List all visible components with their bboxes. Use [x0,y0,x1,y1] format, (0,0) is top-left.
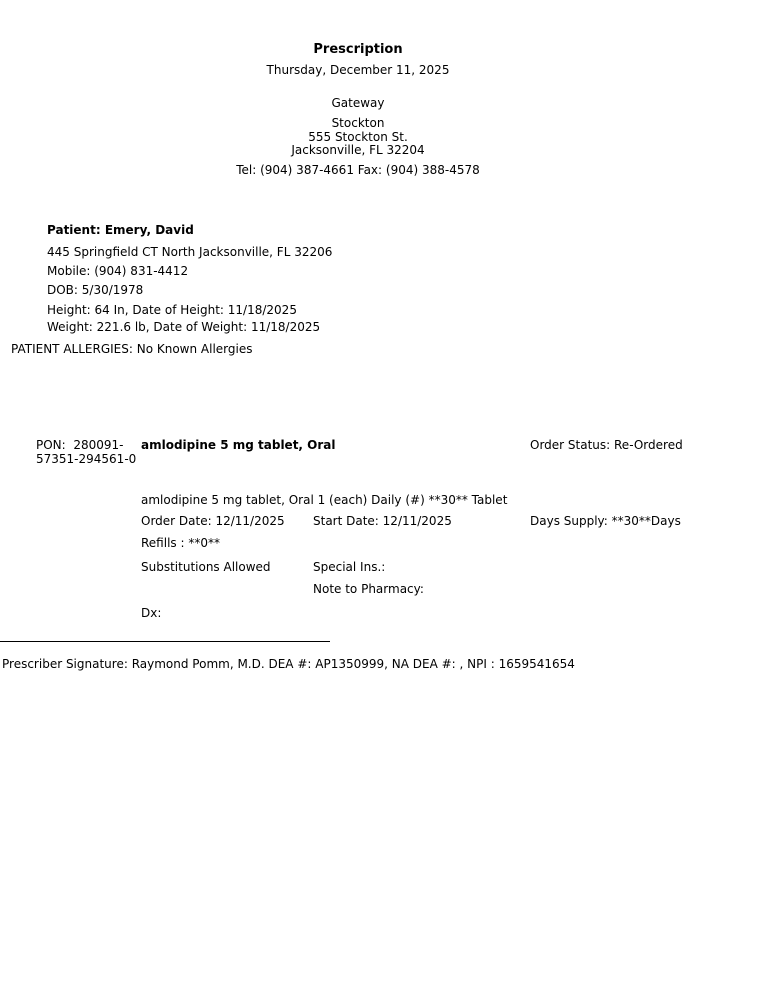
patient-mobile: Mobile: (904) 831-4412 [47,264,188,278]
page-title: Prescription [0,43,716,57]
order-date: Order Date: 12/11/2025 [141,514,285,528]
prescriber-signature: Prescriber Signature: Raymond Pomm, M.D.… [2,657,575,671]
order-sig: amlodipine 5 mg tablet, Oral 1 (each) Da… [141,493,507,507]
order-pon: PON: 280091-57351-294561-0 [36,438,144,466]
patient-height: Height: 64 In, Date of Height: 11/18/202… [47,303,297,317]
facility-organization: Gateway [0,96,716,110]
order-special-instructions: Special Ins.: [313,560,385,574]
order-days-supply: Days Supply: **30**Days [530,514,681,528]
order-status: Order Status: Re-Ordered [530,438,683,452]
order-note-to-pharmacy: Note to Pharmacy: [313,582,424,596]
report-date: Thursday, December 11, 2025 [0,63,716,77]
facility-site: Stockton [0,116,716,130]
order-drug-title: amlodipine 5 mg tablet, Oral [141,438,336,452]
patient-dob: DOB: 5/30/1978 [47,283,143,297]
order-start-date: Start Date: 12/11/2025 [313,514,452,528]
order-dx: Dx: [141,606,161,620]
facility-address-street: 555 Stockton St. [0,130,716,144]
signature-line [0,641,330,642]
patient-allergies: PATIENT ALLERGIES: No Known Allergies [11,342,252,356]
patient-address: 445 Springfield CT North Jacksonville, F… [47,245,332,259]
patient-weight: Weight: 221.6 lb, Date of Weight: 11/18/… [47,320,320,334]
order-substitutions: Substitutions Allowed [141,560,271,574]
patient-name: Patient: Emery, David [47,223,194,237]
order-refills: Refills : **0** [141,536,220,550]
facility-address-city: Jacksonville, FL 32204 [0,143,716,157]
facility-phone-fax: Tel: (904) 387-4661 Fax: (904) 388-4578 [0,163,716,177]
prescription-page: Prescription Thursday, December 11, 2025… [0,0,768,1008]
